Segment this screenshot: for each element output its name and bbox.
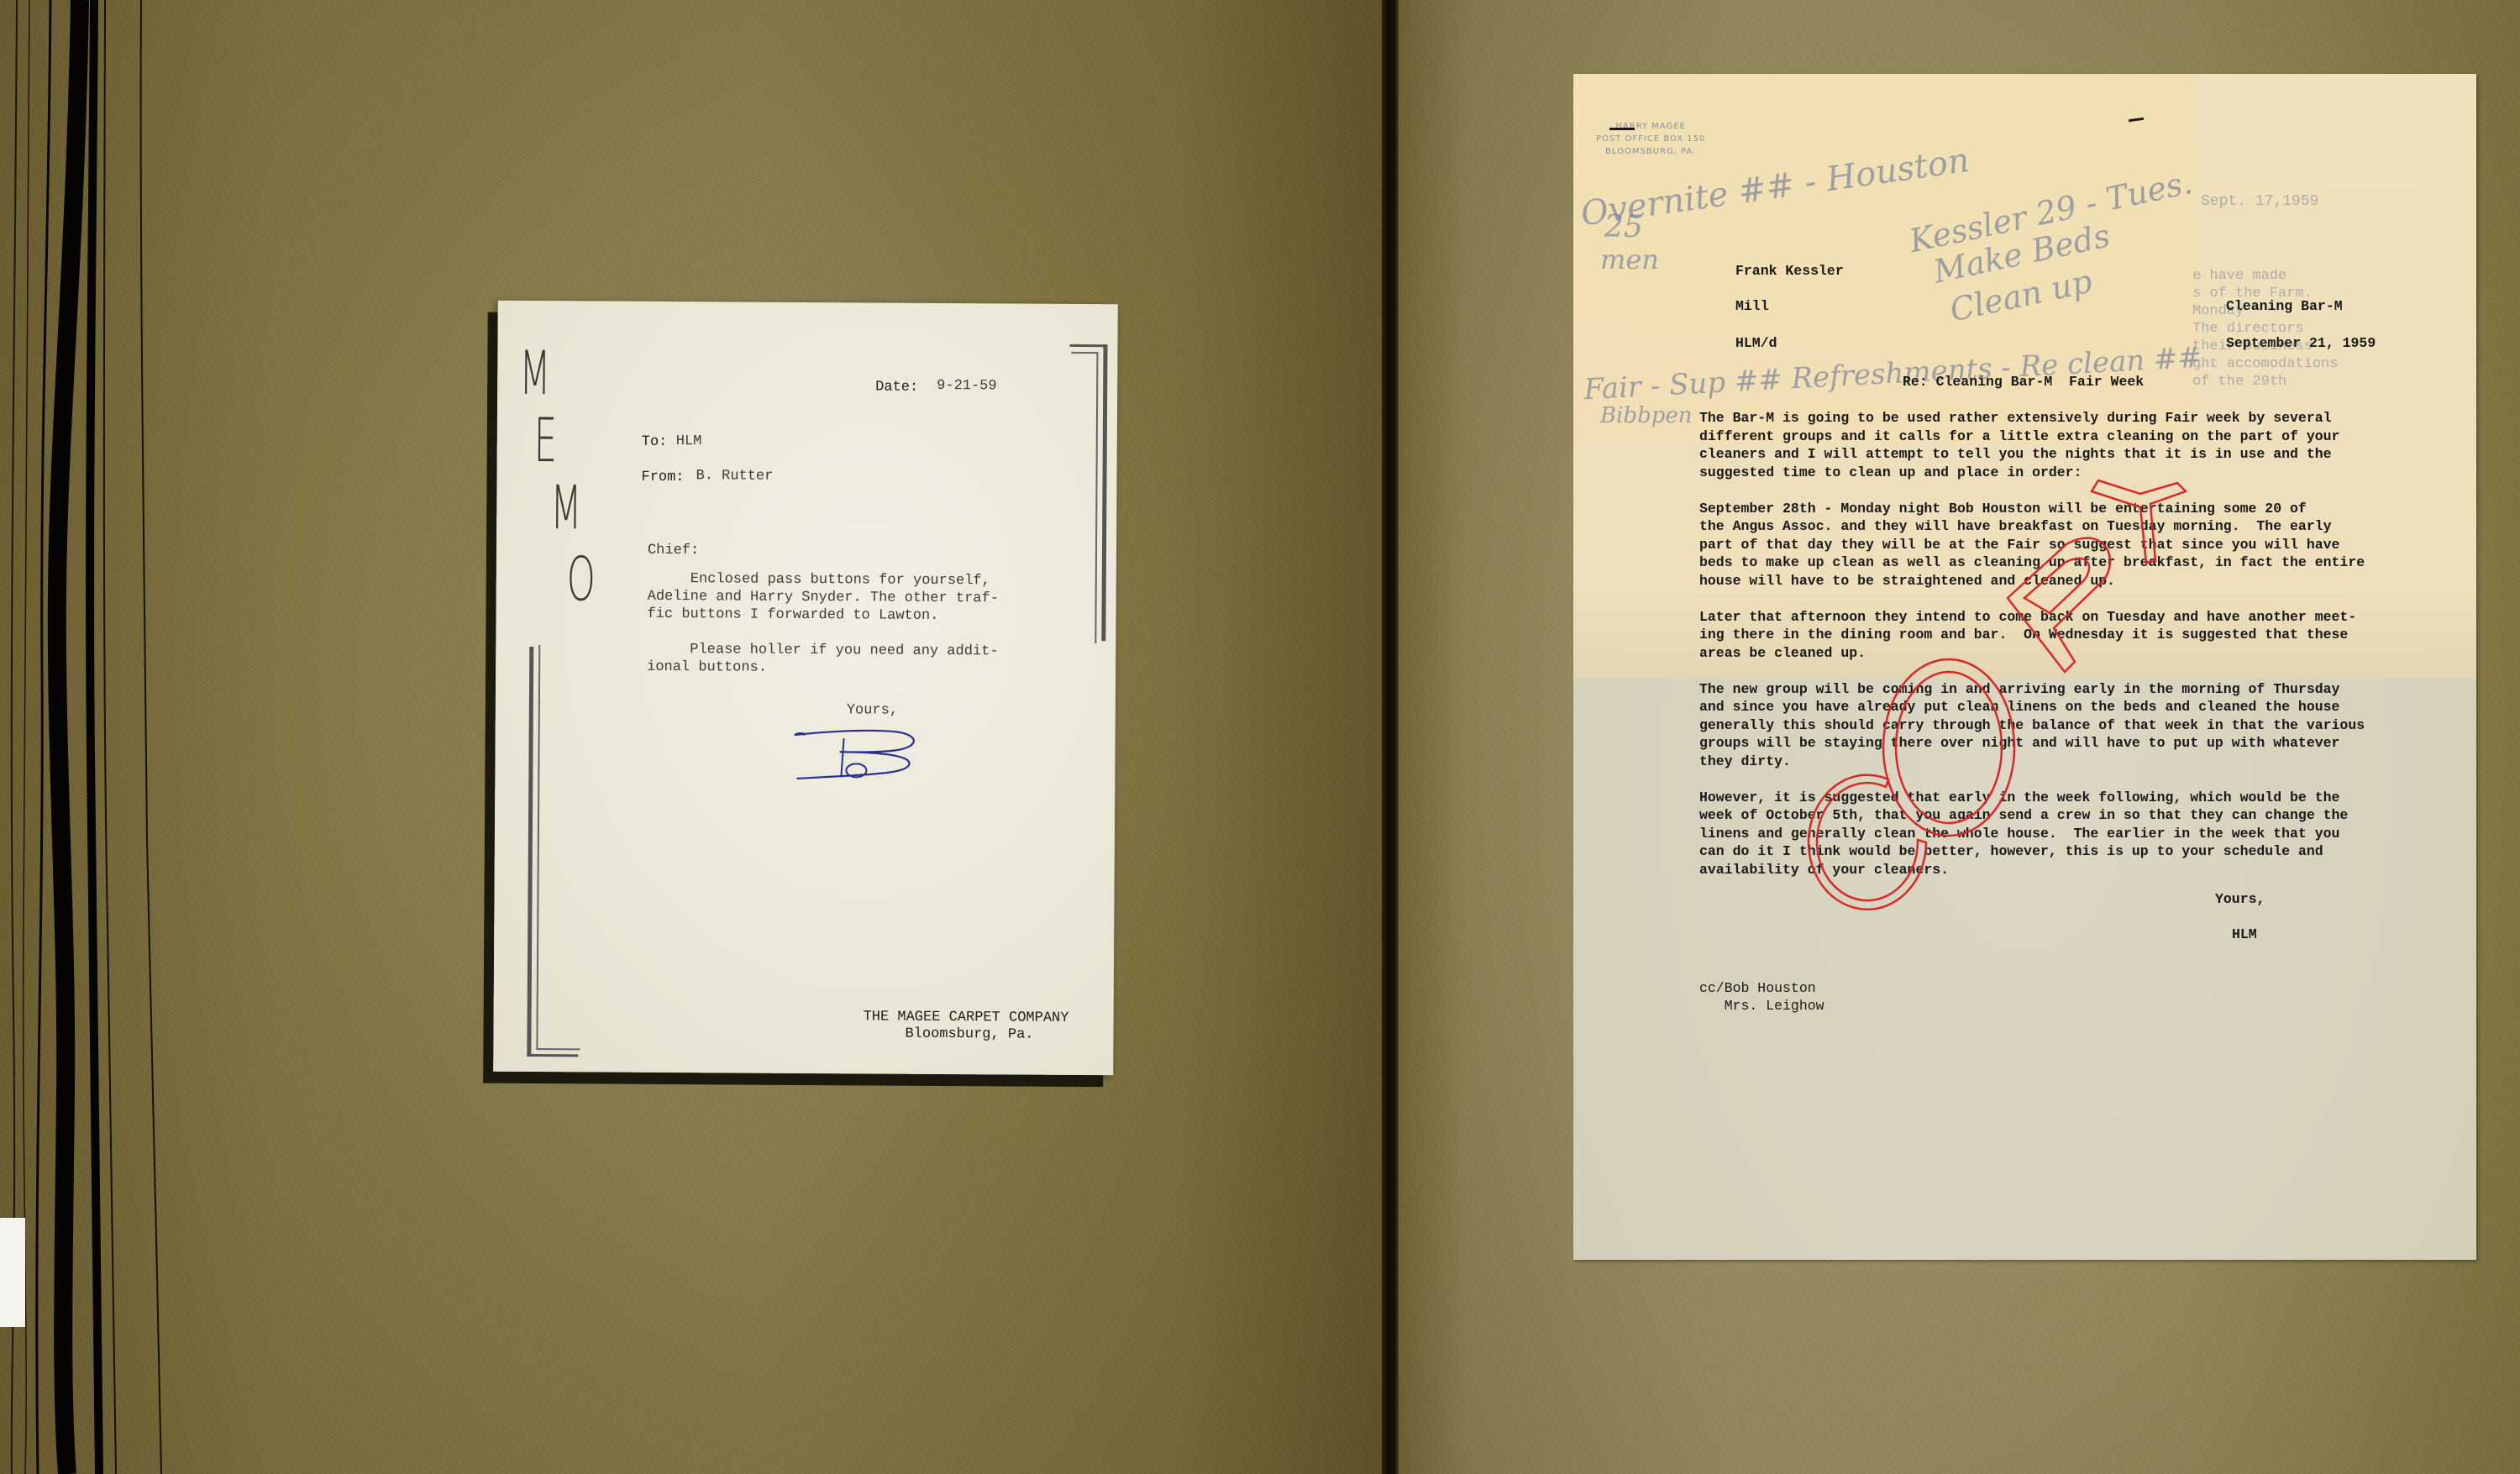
letter-body-line: The new group will be coming in and arri… — [1699, 680, 2339, 699]
letter-body-line: house will have to be straightened and c… — [1699, 572, 2115, 590]
memo-title: M E M O — [517, 343, 612, 621]
letter-body-line: they dirty. — [1699, 753, 1791, 771]
letterhead-line: POST OFFICE BOX 150 — [1596, 133, 1705, 145]
letter-recipient-name: Frank Kessler — [1735, 262, 1844, 281]
memo-salutation: Chief: — [648, 542, 699, 559]
memo-border-bottom-left — [527, 647, 580, 1057]
memo-to-value: HLM — [676, 433, 702, 450]
letter-body-line: September 28th - Monday night Bob Housto… — [1699, 500, 2307, 518]
letter-body-line: areas be cleaned up. — [1699, 644, 1866, 663]
handwritten-signature — [793, 727, 919, 786]
memo-title-letter: O — [567, 548, 596, 609]
memo-from-label: From: — [641, 469, 684, 486]
letter-cc-line: cc/Bob Houston — [1699, 979, 1816, 998]
memo-body-line: Enclosed pass buttons for yourself, — [648, 570, 999, 590]
letterhead-line: BLOOMSBURG, PA. — [1596, 145, 1705, 158]
letter-body-line: can do it I think would be better, howev… — [1699, 842, 2323, 861]
staple — [1609, 128, 1635, 130]
letter-body-line: availability of your cleaners. — [1699, 861, 1949, 879]
ghost-text-block: e have made s of the Farm. Monday The di… — [2192, 267, 2338, 391]
page-stack-edges — [0, 0, 168, 1474]
book-gutter — [1382, 0, 1399, 1474]
letterhead-line: HARRY MAGEE — [1596, 120, 1705, 133]
letter-body-line: linens and generally clean the whole hou… — [1699, 825, 2339, 843]
letter-body-line: week of October 5th, that you again send… — [1699, 806, 2348, 825]
letter-body-line: the Angus Assoc. and they will have brea… — [1699, 517, 2332, 536]
letter-body-line: different groups and it calls for a litt… — [1699, 428, 2339, 446]
letter-body-line: cleaners and I will attempt to tell you … — [1699, 445, 2332, 464]
letter-body-line: part of that day they will be at the Fai… — [1699, 536, 2339, 554]
letter-recipient-location: Mill — [1735, 297, 1769, 316]
memo-border-top-right — [1068, 344, 1107, 641]
memo-document: M E M O Date: 9-21-59 To: HLM From: B. R… — [493, 301, 1118, 1075]
letter-body-line: suggested time to clean up and place in … — [1699, 464, 2082, 482]
memo-body-line — [647, 623, 998, 643]
memo-to-label: To: — [642, 433, 668, 451]
letter-body-line: However, it is suggested that early in t… — [1699, 789, 2339, 807]
memo-body-line: ional buttons. — [647, 658, 998, 679]
memo-date-value: 9-21-59 — [937, 377, 997, 395]
letter-body-line: generally this should carry through the … — [1699, 716, 2365, 735]
page-index-tab — [0, 1218, 25, 1327]
letter-date: September 21, 1959 — [2226, 334, 2376, 353]
letter-cc-line: Mrs. Leighow — [1699, 997, 1824, 1015]
memo-title-letter: E — [534, 410, 558, 470]
memo-company-name: THE MAGEE CARPET COMPANY — [864, 1008, 1069, 1026]
memo-title-letter: M — [519, 343, 551, 403]
ghost-line: e have made — [2192, 267, 2338, 285]
memo-body-line: fic buttons I forwarded to Lawton. — [647, 606, 998, 626]
memo-title-letter: M — [550, 477, 582, 538]
pencil-note-lower-extra: Bibbpen — [1600, 403, 1692, 428]
letter-closing: Yours, — [2215, 890, 2265, 909]
memo-company-location: Bloomsburg, Pa. — [905, 1026, 1033, 1044]
letter-body-line: The Bar-M is going to be used rather ext… — [1699, 409, 2332, 428]
memo-closing: Yours, — [847, 701, 898, 719]
memo-body-line: Please holler if you need any addit- — [647, 641, 998, 661]
letter-re-line: Re: Cleaning Bar-M Fair Week — [1903, 373, 2144, 391]
memo-body: Enclosed pass buttons for yourself, Adel… — [647, 570, 999, 679]
letter-reference-initials: HLM/d — [1735, 334, 1777, 353]
letter-body-line: beds to make up clean as well as cleanin… — [1699, 553, 2365, 572]
letter-signature-initials: HLM — [2232, 926, 2257, 944]
pencil-note-count: 25 — [1604, 210, 1643, 244]
ghost-line: ght accomodations — [2192, 355, 2338, 373]
letter-body-line: and since you have already put clean lin… — [1699, 698, 2339, 716]
letter-subject-short: Cleaning Bar-M — [2226, 297, 2343, 316]
letterhead: HARRY MAGEE POST OFFICE BOX 150 BLOOMSBU… — [1596, 120, 1705, 158]
letter-body-line: Later that afternoon they intend to come… — [1699, 608, 2356, 627]
ghost-date: Sept. 17,1959 — [2201, 193, 2318, 211]
letter-body-line: ing there in the dining room and bar. On… — [1699, 626, 2348, 644]
pencil-note-unit: men — [1600, 244, 1659, 275]
memo-date-label: Date: — [875, 379, 918, 396]
letter-body-line: groups will be staying there over night … — [1699, 734, 2339, 753]
memo-body-line: Adeline and Harry Snyder. The other traf… — [648, 588, 999, 608]
memo-from-value: B. Rutter — [696, 467, 773, 485]
ghost-line: of the 29th — [2192, 373, 2338, 391]
